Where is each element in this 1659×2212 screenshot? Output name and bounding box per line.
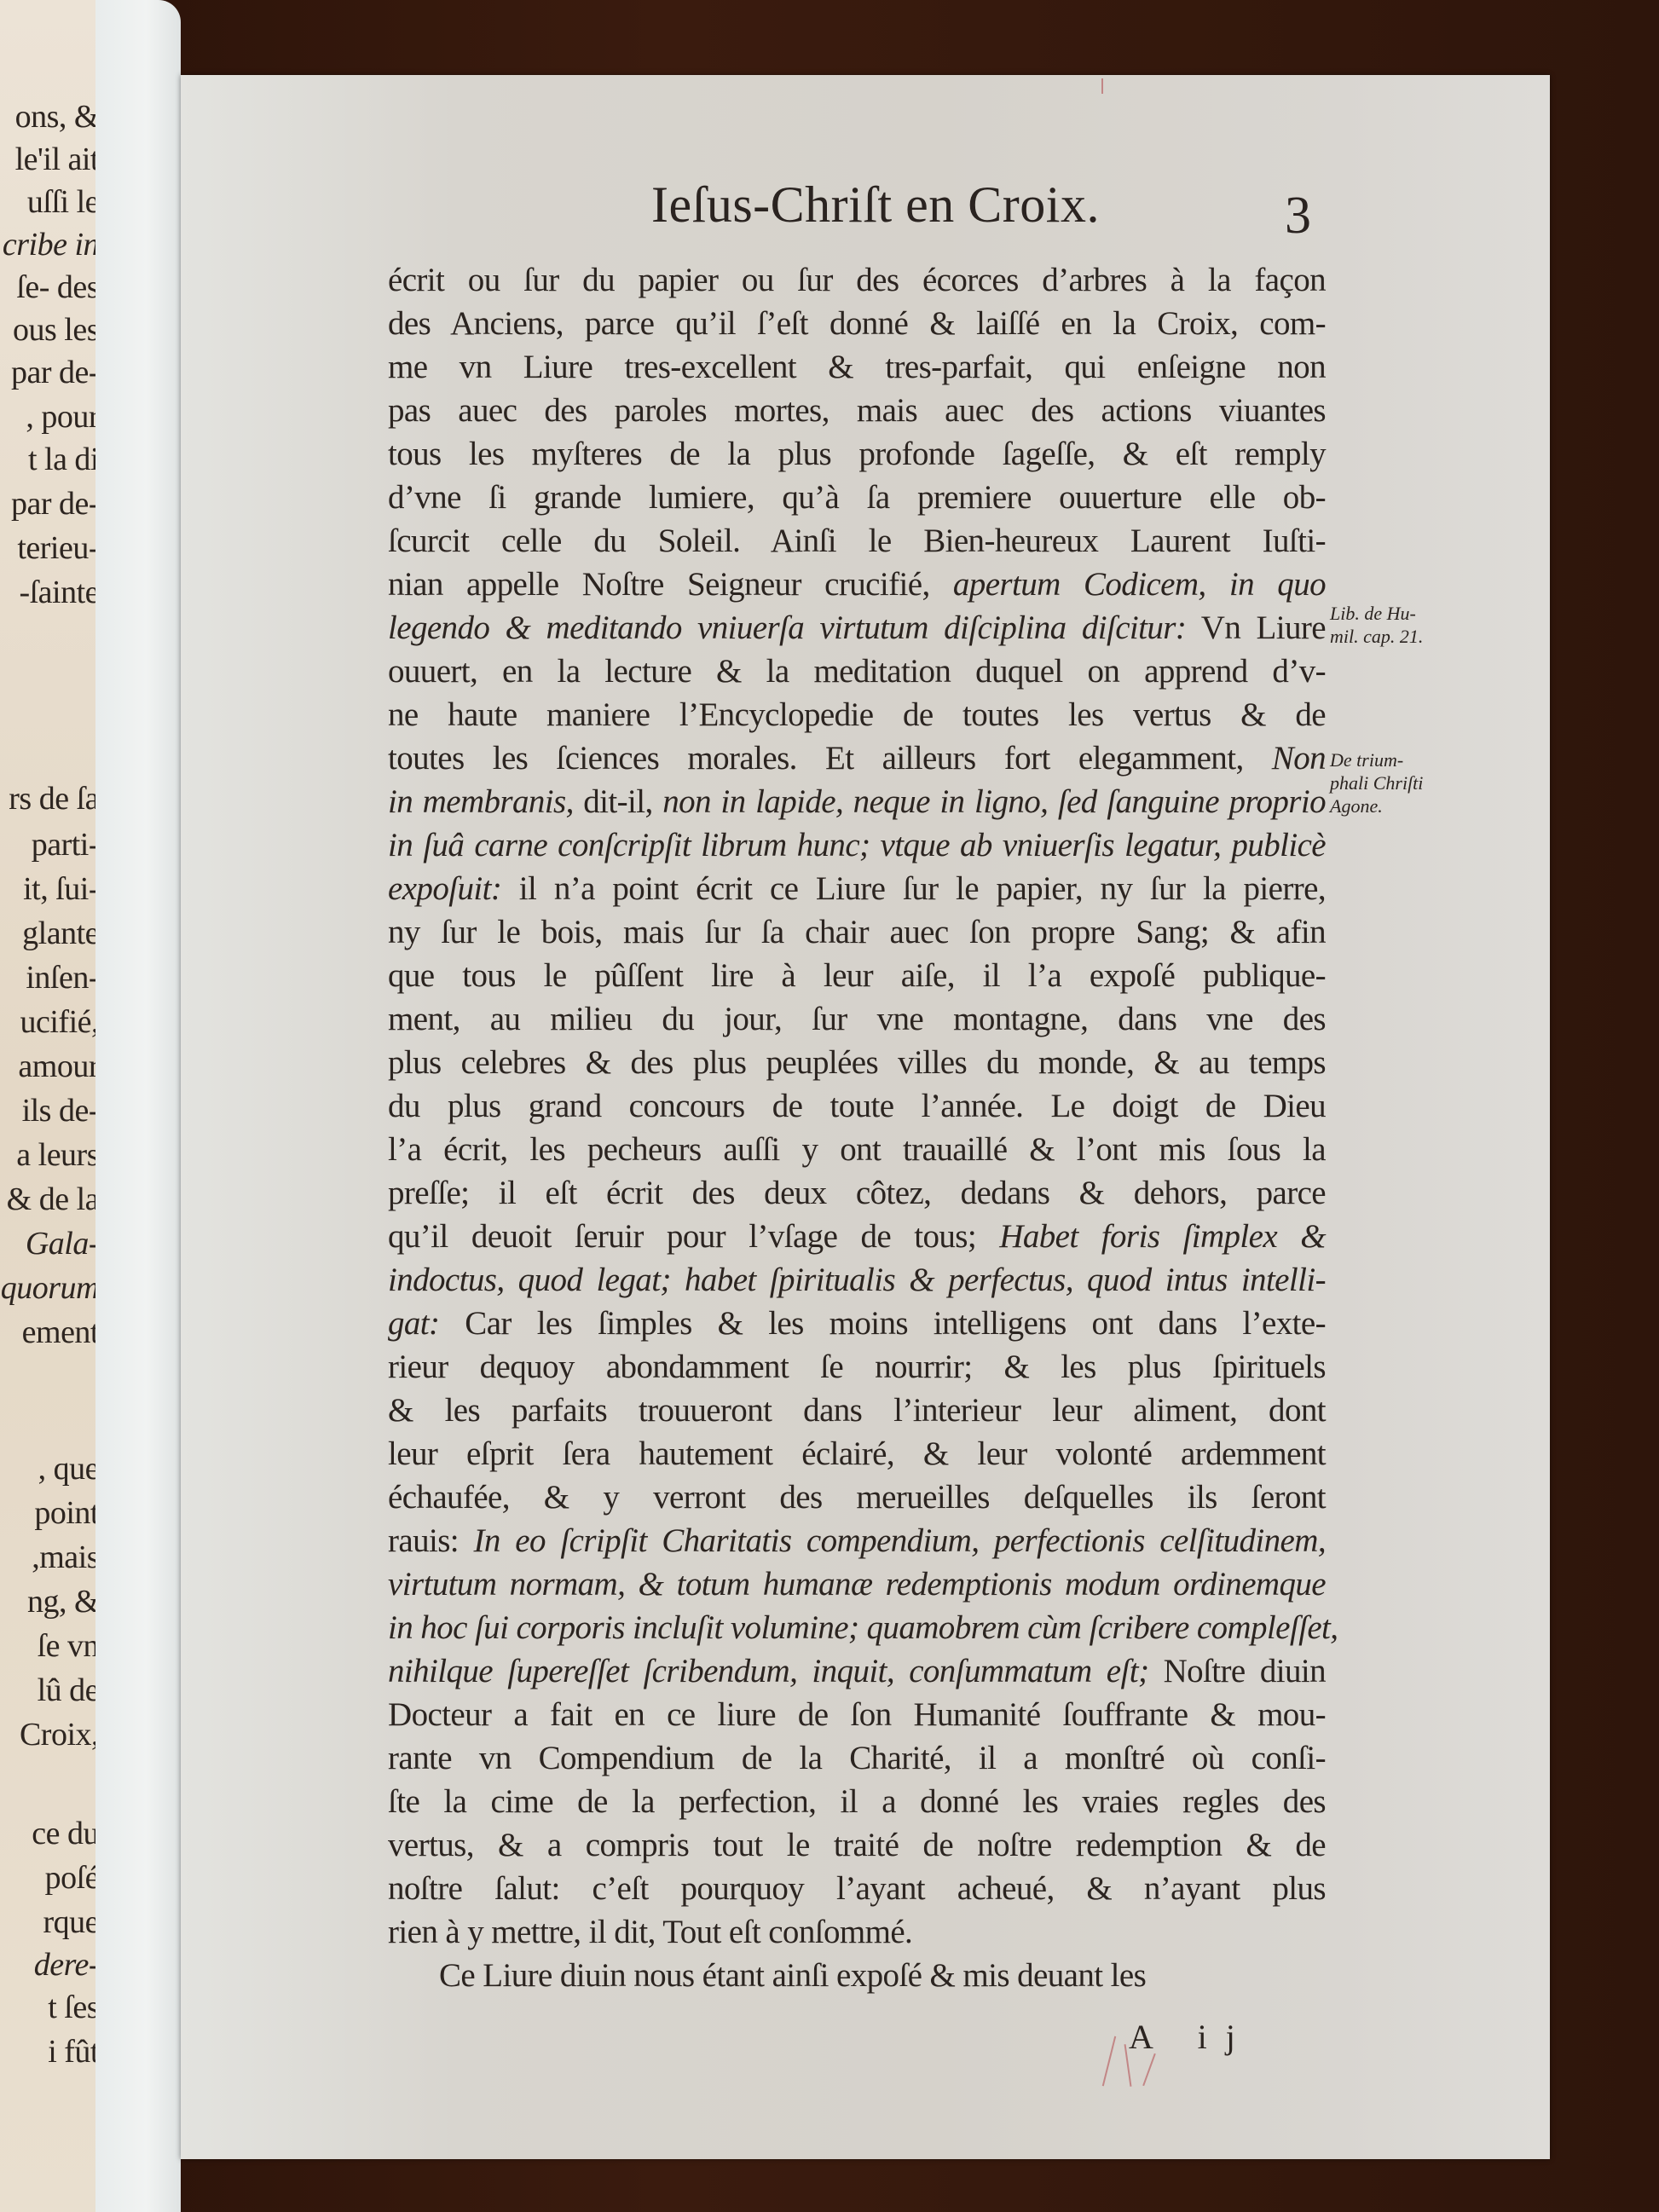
latin-quote-segment: non in lapide, neque in ligno, ſed ſangu… — [662, 783, 1326, 820]
text-segment: Noſtre diuin — [1148, 1653, 1326, 1689]
text-line: rien à y mettre, il dit, Tout eſt conſom… — [388, 1910, 1326, 1954]
left-page-line: t ſes — [48, 1991, 99, 2024]
text-line: rieur dequoy abondamment ſe nourrir; & l… — [388, 1345, 1326, 1389]
text-line: que tous le pûſſent lire à leur aiſe, il… — [388, 954, 1326, 997]
text-segment: d’vne ſi grande lumiere, qu’à ſa premier… — [388, 479, 1326, 516]
left-page-line: ils de- — [22, 1094, 99, 1127]
text-line: virtutum normam, & totum humanæ redempti… — [388, 1562, 1326, 1606]
left-page-edge — [95, 0, 181, 2212]
text-segment: ſcurcit celle du Soleil. Ainſi le Bien-h… — [388, 523, 1326, 559]
left-page-line: par de- — [11, 488, 99, 520]
latin-quote-segment: legendo & meditando vniuerſa virtutum di… — [388, 609, 1186, 646]
text-segment: noſtre ſalut: c’eſt pourquoy l’ayant ach… — [388, 1870, 1326, 1907]
left-page-line: uſſi le — [27, 186, 99, 218]
latin-quote-segment: gat: — [388, 1305, 439, 1342]
text-line: Docteur a fait en ce liure de ſon Humani… — [388, 1693, 1326, 1736]
text-line: ſcurcit celle du Soleil. Ainſi le Bien-h… — [388, 519, 1326, 563]
text-line: plus celebres & des plus peuplées villes… — [388, 1041, 1326, 1084]
text-line: vertus, & a compris tout le traité de no… — [388, 1823, 1326, 1867]
text-line: Ce Liure diuin nous étant ainſi expoſé &… — [388, 1954, 1326, 1997]
body-text: écrit ou ſur du papier ou ſur des écorce… — [388, 258, 1326, 1997]
signature-mark: A ij — [1129, 2017, 1254, 2057]
text-segment: qu’il deuoit ſeruir pour l’vſage de tous… — [388, 1218, 999, 1255]
left-page-line: le'il ait — [15, 143, 99, 176]
margin-note-line: De trium- — [1330, 748, 1423, 771]
left-page-line: ng, & — [27, 1585, 99, 1618]
latin-quote-segment: Non — [1272, 740, 1326, 777]
text-segment: des Anciens, parce qu’il ſ’eſt donné & l… — [388, 305, 1326, 342]
text-line: nian appelle Noſtre Seigneur crucifié, a… — [388, 563, 1326, 606]
text-segment: rante vn Compendium de la Charité, il a … — [388, 1740, 1326, 1776]
text-line: rante vn Compendium de la Charité, il a … — [388, 1736, 1326, 1780]
text-line: ne haute maniere l’Encyclopedie de toute… — [388, 693, 1326, 736]
text-segment: échaufée, & y verront des merueilles deſ… — [388, 1479, 1326, 1516]
left-page-line: parti- — [32, 829, 99, 861]
text-segment: plus celebres & des plus peuplées villes… — [388, 1044, 1326, 1081]
text-line: ſte la cime de la perfection, il a donné… — [388, 1780, 1326, 1823]
text-segment: ment, au milieu du jour, ſur vne montagn… — [388, 1001, 1326, 1037]
text-line: noſtre ſalut: c’eſt pourquoy l’ayant ach… — [388, 1867, 1326, 1910]
margin-note-line: phali Chriſti — [1330, 771, 1423, 794]
latin-quote-segment: In eo ſcripſit Charitatis compendium, pe… — [474, 1522, 1326, 1559]
latin-quote-segment: virtutum normam, & totum humanæ redempti… — [388, 1566, 1326, 1603]
text-segment: que tous le pûſſent lire à leur aiſe, il… — [388, 957, 1326, 994]
left-page-line: rs de ſa — [9, 783, 99, 815]
left-page-fragment: ons, &le'il aituſſi lecribe inſe- desous… — [0, 0, 99, 2212]
text-line: rauis: In eo ſcripſit Charitatis compend… — [388, 1519, 1326, 1562]
text-line: nihilque ſupereſſet ſcribendum, inquit, … — [388, 1649, 1326, 1693]
text-line: in hoc ſui corporis incluſit volumine; q… — [388, 1606, 1326, 1649]
margin-note: De trium-phali ChriſtiAgone. — [1330, 748, 1423, 817]
left-page-line: ce du — [32, 1817, 99, 1850]
text-line: in membranis, dit-il, non in lapide, neq… — [388, 780, 1326, 823]
left-page-line: cribe in — [3, 228, 99, 261]
text-segment: dit-il, — [574, 783, 662, 820]
text-segment: rieur dequoy abondamment ſe nourrir; & l… — [388, 1349, 1326, 1385]
text-line: expoſuit: il n’a point écrit ce Liure ſu… — [388, 867, 1326, 910]
latin-quote-segment: in hoc ſui corporis incluſit volumine; q… — [388, 1609, 1338, 1646]
left-page-line: poſé — [45, 1862, 99, 1894]
latin-quote-segment: nihilque ſupereſſet ſcribendum, inquit, … — [388, 1653, 1148, 1689]
text-segment: vertus, & a compris tout le traité de no… — [388, 1827, 1326, 1863]
text-line: écrit ou ſur du papier ou ſur des écorce… — [388, 258, 1326, 302]
left-page-line: , que — [38, 1453, 99, 1485]
left-page-line: ous les — [13, 314, 99, 346]
left-page-line: ement — [22, 1316, 99, 1349]
latin-quote-segment: in ſuâ carne conſcripſit librum hunc; vt… — [388, 827, 1326, 863]
text-line: ny ſur le bois, mais ſur ſa chair auec ſ… — [388, 910, 1326, 954]
running-head: Ieſus-Chriſt en Croix. — [581, 176, 1170, 234]
margin-note-line: Agone. — [1330, 794, 1423, 817]
text-segment: me vn Liure tres-excellent & tres-parfai… — [388, 349, 1326, 385]
text-segment: il n’a point écrit ce Liure ſur le papie… — [501, 870, 1326, 907]
text-line: me vn Liure tres-excellent & tres-parfai… — [388, 345, 1326, 389]
latin-quote-segment: expoſuit: — [388, 870, 501, 907]
text-line: tous les myſteres de la plus profonde ſa… — [388, 432, 1326, 476]
left-page-line: t la di — [28, 443, 99, 476]
text-line: ouuert, en la lecture & la meditation du… — [388, 650, 1326, 693]
left-page-line: terieu- — [17, 532, 99, 564]
latin-quote-segment: in membranis, — [388, 783, 574, 820]
text-segment: Ce Liure diuin nous étant ainſi expoſé &… — [439, 1957, 1146, 1994]
left-page-line: it, ſui- — [23, 873, 99, 905]
left-page-line: , pour — [26, 401, 99, 433]
text-line: qu’il deuoit ſeruir pour l’vſage de tous… — [388, 1215, 1326, 1258]
left-page-line: dere- — [34, 1949, 99, 1981]
text-line: gat: Car les ſimples & les moins intelli… — [388, 1302, 1326, 1345]
text-segment: nian appelle Noſtre Seigneur crucifié, — [388, 566, 953, 603]
margin-note: Lib. de Hu-mil. cap. 21. — [1330, 602, 1423, 648]
text-line: legendo & meditando vniuerſa virtutum di… — [388, 606, 1326, 650]
left-page-line: i fût — [48, 2036, 99, 2068]
left-page-line: rque — [43, 1906, 99, 1938]
left-page-line: ons, & — [15, 101, 99, 133]
text-line: preſſe; il eſt écrit des deux côtez, ded… — [388, 1171, 1326, 1215]
left-page-line: lû de — [38, 1674, 99, 1707]
margin-note-line: mil. cap. 21. — [1330, 625, 1423, 648]
text-segment: l’a écrit, les pecheurs auſſi y ont trau… — [388, 1131, 1326, 1168]
text-line: toutes les ſciences morales. Et ailleurs… — [388, 736, 1326, 780]
text-line: pas auec des paroles mortes, mais auec d… — [388, 389, 1326, 432]
left-page-line: ſe- des — [16, 271, 99, 303]
left-page-line: ,mais — [32, 1541, 99, 1574]
text-segment: preſſe; il eſt écrit des deux côtez, ded… — [388, 1175, 1326, 1211]
red-speckle-decoration — [1102, 2036, 1116, 2087]
text-segment: & les parfaits trouueront dans l’interie… — [388, 1392, 1326, 1429]
text-segment: Car les ſimples & les moins intelligens … — [439, 1305, 1326, 1342]
latin-quote-segment: apertum Codicem, in quo — [953, 566, 1326, 603]
text-segment: ſte la cime de la perfection, il a donné… — [388, 1783, 1326, 1820]
margin-note-line: Lib. de Hu- — [1330, 602, 1423, 625]
text-segment: pas auec des paroles mortes, mais auec d… — [388, 392, 1326, 429]
text-line: des Anciens, parce qu’il ſ’eſt donné & l… — [388, 302, 1326, 345]
left-page-line: par de- — [11, 356, 99, 389]
text-segment: Docteur a fait en ce liure de ſon Humani… — [388, 1696, 1326, 1733]
text-segment: leur eſprit ſera hautement éclairé, & le… — [388, 1435, 1326, 1472]
left-page-line: -ſainte — [19, 576, 99, 609]
left-page-line: ucifié, — [20, 1006, 99, 1038]
text-segment: ouuert, en la lecture & la meditation du… — [388, 653, 1326, 690]
text-line: l’a écrit, les pecheurs auſſi y ont trau… — [388, 1128, 1326, 1171]
left-page-line: Croix, — [20, 1718, 99, 1751]
left-page-line: quorum — [1, 1272, 99, 1304]
text-segment: écrit ou ſur du papier ou ſur des écorce… — [388, 262, 1326, 298]
text-segment: Vn Liure — [1186, 609, 1326, 646]
text-line: d’vne ſi grande lumiere, qu’à ſa premier… — [388, 476, 1326, 519]
text-line: & les parfaits trouueront dans l’interie… — [388, 1389, 1326, 1432]
text-segment: toutes les ſciences morales. Et ailleurs… — [388, 740, 1272, 777]
latin-quote-segment: indoctus, quod legat; habet ſpiritualis … — [388, 1262, 1326, 1298]
text-line: ment, au milieu du jour, ſur vne montagn… — [388, 997, 1326, 1041]
text-line: indoctus, quod legat; habet ſpiritualis … — [388, 1258, 1326, 1302]
left-page-line: point — [34, 1497, 99, 1529]
left-page-line: & de la — [7, 1183, 99, 1216]
text-segment: rien à y mettre, il dit, Tout eſt conſom… — [388, 1914, 912, 1950]
text-segment: du plus grand concours de toute l’année.… — [388, 1088, 1326, 1124]
left-page-line: Gala- — [26, 1227, 99, 1260]
text-segment: rauis: — [388, 1522, 474, 1559]
page-number: 3 — [1285, 186, 1311, 246]
red-speckle-decoration — [1142, 2053, 1156, 2086]
text-segment: ny ſur le bois, mais ſur ſa chair auec ſ… — [388, 914, 1326, 950]
latin-quote-segment: Habet foris ſimplex & — [999, 1218, 1326, 1255]
left-page-line: amour — [18, 1050, 99, 1083]
left-page-line: inſen- — [26, 962, 99, 994]
text-segment: tous les myſteres de la plus profonde ſa… — [388, 436, 1326, 472]
text-line: échaufée, & y verront des merueilles deſ… — [388, 1476, 1326, 1519]
left-page-line: ſe vn — [38, 1630, 99, 1662]
text-line: in ſuâ carne conſcripſit librum hunc; vt… — [388, 823, 1326, 867]
right-page: Ieſus-Chriſt en Croix. 3 écrit ou ſur du… — [181, 75, 1550, 2159]
red-speckle-decoration — [1101, 78, 1103, 94]
text-line: du plus grand concours de toute l’année.… — [388, 1084, 1326, 1128]
left-page-line: a leurs — [16, 1139, 99, 1171]
text-line: leur eſprit ſera hautement éclairé, & le… — [388, 1432, 1326, 1476]
left-page-line: glante — [22, 917, 99, 950]
text-segment: ne haute maniere l’Encyclopedie de toute… — [388, 696, 1326, 733]
